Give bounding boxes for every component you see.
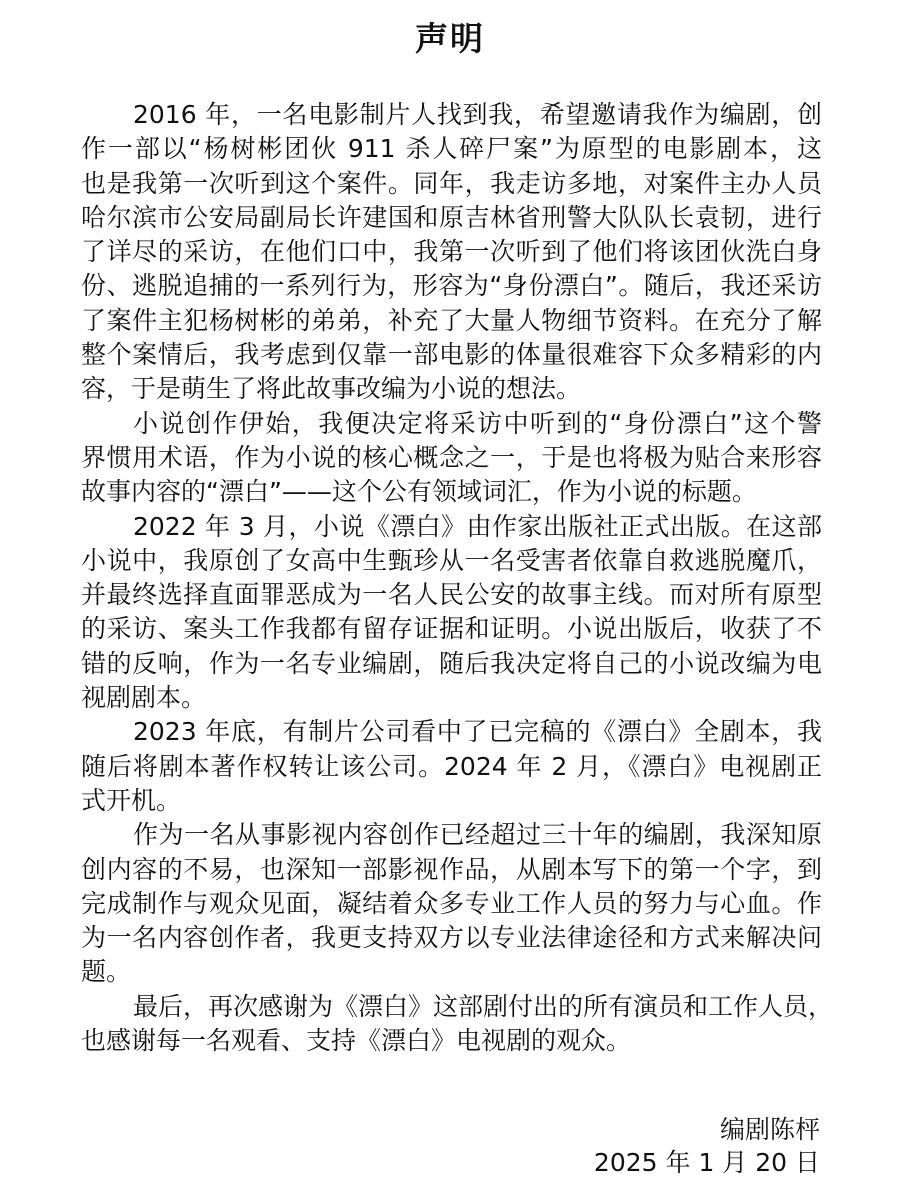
text-line: 也是我第一次听到这个案件。同年，我走访多地，对案件主办人员 — [81, 167, 822, 201]
text-line: 小说中，我原创了女高中生甄珍从一名受害者依靠自救逃脱魔爪， — [81, 544, 822, 578]
paragraph: 小说创作伊始，我便决定将采访中听到的“身份漂白”这个警 界惯用术语，作为小说的核… — [81, 407, 822, 510]
text-line: 题。 — [81, 955, 822, 989]
paragraph: 2016 年，一名电影制片人找到我，希望邀请我作为编剧，创 作一部以“杨树彬团伙… — [81, 98, 822, 407]
text-line: 2022 年 3 月，小说《漂白》由作家出版社正式出版。在这部 — [81, 510, 822, 544]
text-line: 创内容的不易，也深知一部影视作品，从剧本写下的第一个字，到 — [81, 853, 822, 887]
text-line: 作一部以“杨树彬团伙 911 杀人碎尸案”为原型的电影剧本，这 — [81, 132, 822, 166]
text-line: 故事内容的“漂白”——这个公有领域词汇，作为小说的标题。 — [81, 475, 822, 509]
text-line: 份、逃脱追捕的一系列行为，形容为“身份漂白”。随后，我还采访 — [81, 269, 822, 303]
text-line: 容，于是萌生了将此故事改编为小说的想法。 — [81, 372, 822, 406]
text-line: 了案件主犯杨树彬的弟弟，补充了大量人物细节资料。在充分了解 — [81, 304, 822, 338]
text-line: 也感谢每一名观看、支持《漂白》电视剧的观众。 — [81, 1024, 822, 1058]
signature: 编剧陈枰 — [720, 1113, 820, 1147]
text-line: 界惯用术语，作为小说的核心概念之一，于是也将极为贴合来形容 — [81, 441, 822, 475]
statement-body: 2016 年，一名电影制片人找到我，希望邀请我作为编剧，创 作一部以“杨树彬团伙… — [81, 98, 822, 1058]
text-line: 最后，再次感谢为《漂白》这部剧付出的所有演员和工作人员， — [81, 990, 822, 1024]
text-line: 完成制作与观众见面，凝结着众多专业工作人员的努力与心血。作 — [81, 887, 822, 921]
text-line: 视剧剧本。 — [81, 681, 822, 715]
text-line: 为一名内容创作者，我更支持双方以专业法律途径和方式来解决问 — [81, 921, 822, 955]
text-line: 并最终选择直面罪恶成为一名人民公安的故事主线。而对所有原型 — [81, 578, 822, 612]
text-line: 的采访、案头工作我都有留存证据和证明。小说出版后，收获了不 — [81, 612, 822, 646]
text-line: 哈尔滨市公安局副局长许建国和原吉林省刑警大队队长袁韧，进行 — [81, 201, 822, 235]
page-title: 声明 — [0, 14, 900, 64]
paragraph: 作为一名从事影视内容创作已经超过三十年的编剧，我深知原 创内容的不易，也深知一部… — [81, 818, 822, 989]
text-line: 式开机。 — [81, 784, 822, 818]
text-line: 2016 年，一名电影制片人找到我，希望邀请我作为编剧，创 — [81, 98, 822, 132]
paragraph: 2022 年 3 月，小说《漂白》由作家出版社正式出版。在这部 小说中，我原创了… — [81, 510, 822, 716]
text-line: 整个案情后，我考虑到仅靠一部电影的体量很难容下众多精彩的内 — [81, 338, 822, 372]
paragraph: 最后，再次感谢为《漂白》这部剧付出的所有演员和工作人员， 也感谢每一名观看、支持… — [81, 990, 822, 1059]
text-line: 小说创作伊始，我便决定将采访中听到的“身份漂白”这个警 — [81, 407, 822, 441]
paragraph: 2023 年底，有制片公司看中了已完稿的《漂白》全剧本，我 随后将剧本著作权转让… — [81, 715, 822, 818]
text-line: 了详尽的采访，在他们口中，我第一次听到了他们将该团伙洗白身 — [81, 235, 822, 269]
text-line: 错的反响，作为一名专业编剧，随后我决定将自己的小说改编为电 — [81, 647, 822, 681]
signature-date: 2025 年 1 月 20 日 — [594, 1146, 820, 1180]
text-line: 随后将剧本著作权转让该公司。2024 年 2 月，《漂白》电视剧正 — [81, 750, 822, 784]
text-line: 作为一名从事影视内容创作已经超过三十年的编剧，我深知原 — [81, 818, 822, 852]
text-line: 2023 年底，有制片公司看中了已完稿的《漂白》全剧本，我 — [81, 715, 822, 749]
